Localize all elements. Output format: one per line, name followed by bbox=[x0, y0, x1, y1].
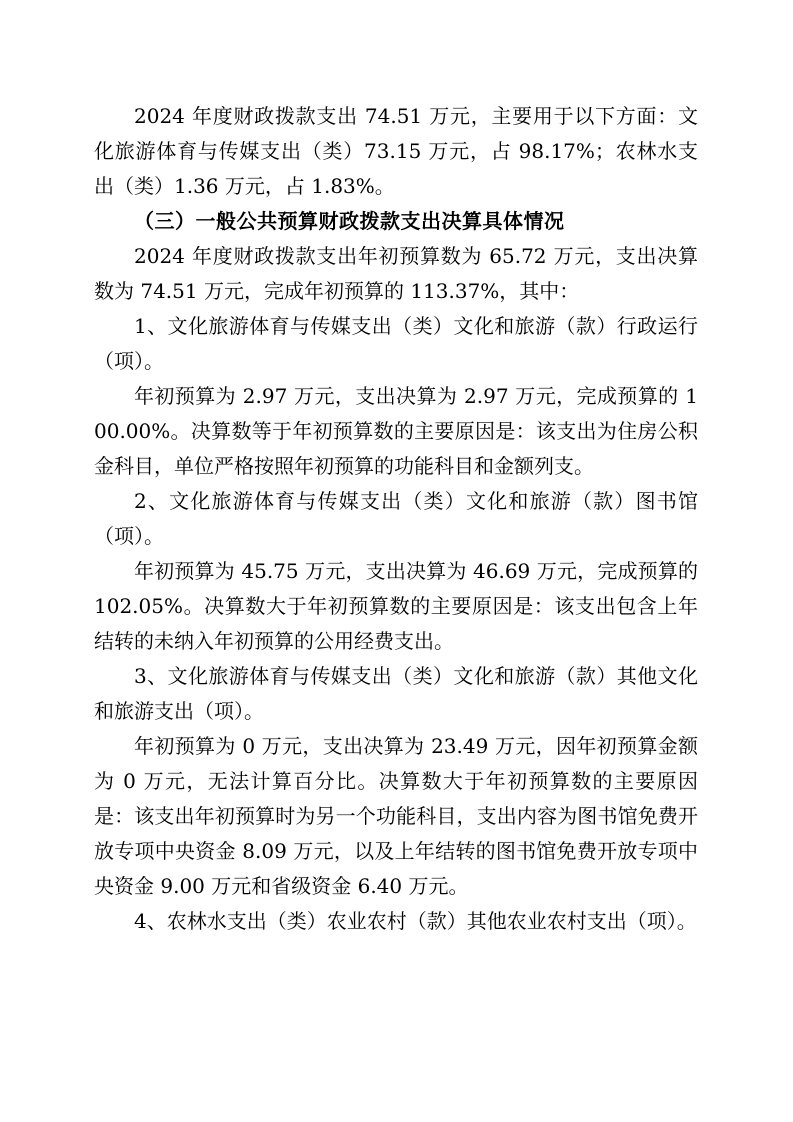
document-page: 2024 年度财政拨款支出 74.51 万元，主要用于以下方面：文化旅游体育与传… bbox=[0, 0, 793, 1122]
body-paragraph: 年初预算为 0 万元，支出决算为 23.49 万元，因年初预算金额为 0 万元，… bbox=[94, 729, 698, 904]
body-paragraph: 年初预算为 2.97 万元，支出决算为 2.97 万元，完成预算的 100.00… bbox=[94, 379, 698, 484]
document-body: 2024 年度财政拨款支出 74.51 万元，主要用于以下方面：文化旅游体育与传… bbox=[94, 99, 698, 939]
body-paragraph: 4、农林水支出（类）农业农村（款）其他农业农村支出（项）。 bbox=[94, 904, 698, 939]
body-paragraph: 2024 年度财政拨款支出 74.51 万元，主要用于以下方面：文化旅游体育与传… bbox=[94, 99, 698, 204]
body-paragraph: 3、文化旅游体育与传媒支出（类）文化和旅游（款）其他文化和旅游支出（项）。 bbox=[94, 659, 698, 729]
body-paragraph: 2024 年度财政拨款支出年初预算数为 65.72 万元，支出决算数为 74.5… bbox=[94, 239, 698, 309]
body-paragraph: 1、文化旅游体育与传媒支出（类）文化和旅游（款）行政运行（项）。 bbox=[94, 309, 698, 379]
section-heading: （三）一般公共预算财政拨款支出决算具体情况 bbox=[94, 204, 698, 239]
body-paragraph: 2、文化旅游体育与传媒支出（类）文化和旅游（款）图书馆（项）。 bbox=[94, 484, 698, 554]
body-paragraph: 年初预算为 45.75 万元，支出决算为 46.69 万元，完成预算的 102.… bbox=[94, 554, 698, 659]
